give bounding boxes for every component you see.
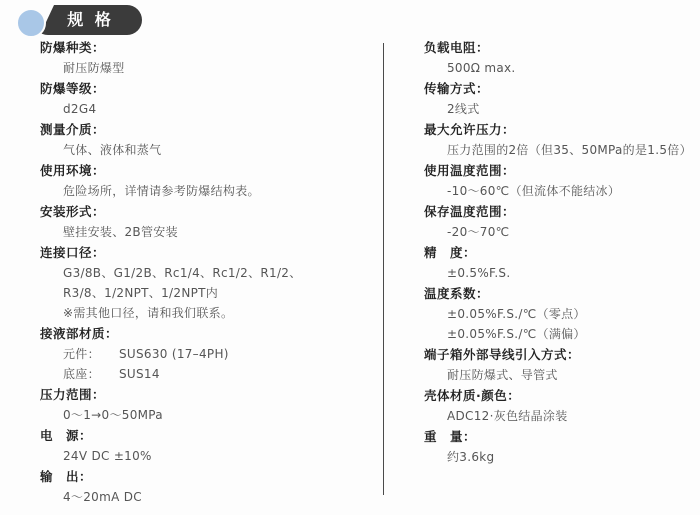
spec-section: 接液部材质：元件：SUS630 (17–4PH)底座：SUS14 (40, 324, 372, 384)
column-divider (383, 43, 384, 495)
spec-value: 耐压防爆型 (40, 58, 372, 78)
spec-subrow: 底座：SUS14 (40, 364, 372, 384)
spec-value: -10～60℃（但流体不能结冰） (424, 181, 696, 201)
spec-section: 输 出：4～20mA DC (40, 467, 372, 507)
spec-section: 端子箱外部导线引入方式：耐压防爆式、导管式 (424, 345, 696, 385)
spec-label: 传输方式： (424, 79, 696, 99)
spec-label: 端子箱外部导线引入方式： (424, 345, 696, 365)
spec-label: 连接口径： (40, 243, 372, 263)
spec-section: 压力范围：0～1→0～50MPa (40, 385, 372, 425)
section-header: 规 格 (0, 0, 200, 42)
spec-subvalue: SUS14 (119, 364, 160, 384)
spec-sublabel: 元件： (63, 344, 119, 364)
spec-value: 500Ω max. (424, 58, 696, 78)
spec-section: 负载电阻：500Ω max. (424, 38, 696, 78)
spec-section: 温度系数：±0.05%F.S./℃（零点）±0.05%F.S./℃（满偏） (424, 284, 696, 344)
spec-label: 温度系数： (424, 284, 696, 304)
spec-section: 安装形式：壁挂安装、2B管安装 (40, 202, 372, 242)
spec-label: 使用环境： (40, 161, 372, 181)
spec-section: 壳体材质·颜色：ADC12·灰色结晶涂装 (424, 386, 696, 426)
spec-value: ±0.5%F.S. (424, 263, 696, 283)
spec-value: d2G4 (40, 99, 372, 119)
spec-value: 24V DC ±10% (40, 446, 372, 466)
spec-section: 连接口径：G3/8B、G1/2B、Rc1/4、Rc1/2、R1/2、R3/8、1… (40, 243, 372, 323)
spec-value: 气体、液体和蒸气 (40, 140, 372, 160)
spec-label: 最大允许压力： (424, 120, 696, 140)
spec-label: 电 源： (40, 426, 372, 446)
spec-column-left: 防爆种类：耐压防爆型防爆等级：d2G4测量介质：气体、液体和蒸气使用环境：危险场… (40, 38, 372, 508)
spec-section: 防爆等级：d2G4 (40, 79, 372, 119)
spec-value: ADC12·灰色结晶涂装 (424, 406, 696, 426)
spec-value: R3/8、1/2NPT、1/2NPT内 (40, 283, 372, 303)
spec-section: 使用环境：危险场所，详情请参考防爆结构表。 (40, 161, 372, 201)
spec-label: 壳体材质·颜色： (424, 386, 696, 406)
spec-section: 最大允许压力：压力范围的2倍（但35、50MPa的是1.5倍） (424, 120, 696, 160)
spec-label: 保存温度范围： (424, 202, 696, 222)
spec-value: 约3.6kg (424, 447, 696, 467)
spec-section: 使用温度范围：-10～60℃（但流体不能结冰） (424, 161, 696, 201)
spec-label: 精 度： (424, 243, 696, 263)
spec-label: 安装形式： (40, 202, 372, 222)
spec-value: 压力范围的2倍（但35、50MPa的是1.5倍） (424, 140, 696, 160)
spec-section: 保存温度范围：-20～70℃ (424, 202, 696, 242)
spec-sublabel: 底座： (63, 364, 119, 384)
spec-section: 防爆种类：耐压防爆型 (40, 38, 372, 78)
spec-subrow: 元件：SUS630 (17–4PH) (40, 344, 372, 364)
spec-value: 耐压防爆式、导管式 (424, 365, 696, 385)
spec-label: 负载电阻： (424, 38, 696, 58)
spec-value: -20～70℃ (424, 222, 696, 242)
spec-value: 0～1→0～50MPa (40, 405, 372, 425)
spec-value: ±0.05%F.S./℃（满偏） (424, 324, 696, 344)
spec-value: 2线式 (424, 99, 696, 119)
spec-value: 危险场所，详情请参考防爆结构表。 (40, 181, 372, 201)
spec-value: ※需其他口径，请和我们联系。 (40, 303, 372, 323)
spec-label: 测量介质： (40, 120, 372, 140)
spec-value: 壁挂安装、2B管安装 (40, 222, 372, 242)
spec-label: 重 量： (424, 427, 696, 447)
spec-subvalue: SUS630 (17–4PH) (119, 344, 229, 364)
spec-section: 传输方式：2线式 (424, 79, 696, 119)
spec-label: 输 出： (40, 467, 372, 487)
spec-label: 压力范围： (40, 385, 372, 405)
spec-label: 防爆种类： (40, 38, 372, 58)
spec-section: 重 量：约3.6kg (424, 427, 696, 467)
spec-label: 使用温度范围： (424, 161, 696, 181)
spec-sheet-page: 规 格 防爆种类：耐压防爆型防爆等级：d2G4测量介质：气体、液体和蒸气使用环境… (0, 0, 700, 515)
spec-value: 4～20mA DC (40, 487, 372, 507)
spec-section: 测量介质：气体、液体和蒸气 (40, 120, 372, 160)
spec-label: 接液部材质： (40, 324, 372, 344)
header-bullet-circle (16, 8, 46, 38)
header-tab: 规 格 (33, 5, 142, 35)
spec-value: ±0.05%F.S./℃（零点） (424, 304, 696, 324)
spec-label: 防爆等级： (40, 79, 372, 99)
spec-section: 电 源：24V DC ±10% (40, 426, 372, 466)
page-title: 规 格 (67, 10, 114, 29)
spec-value: G3/8B、G1/2B、Rc1/4、Rc1/2、R1/2、 (40, 263, 372, 283)
spec-section: 精 度：±0.5%F.S. (424, 243, 696, 283)
spec-column-right: 负载电阻：500Ω max.传输方式：2线式最大允许压力：压力范围的2倍（但35… (424, 38, 696, 468)
